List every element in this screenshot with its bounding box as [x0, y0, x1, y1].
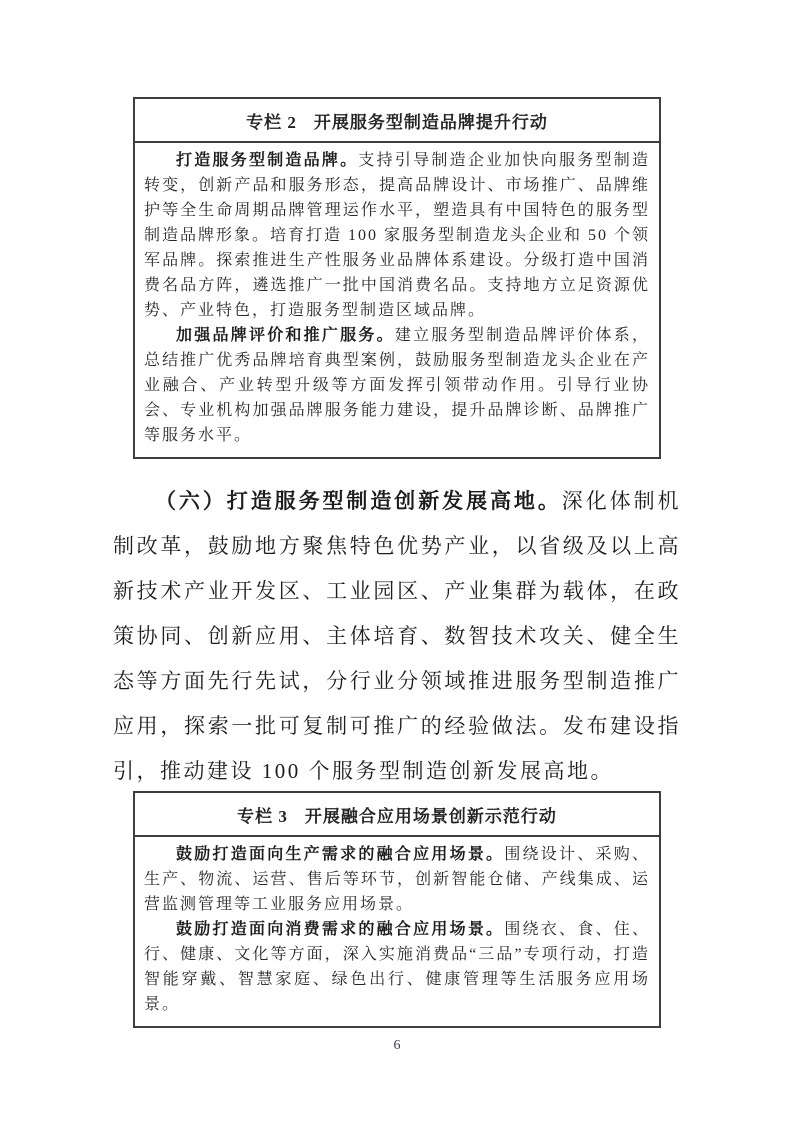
box-3-paragraph-1: 鼓励打造面向生产需求的融合应用场景。围绕设计、采购、生产、物流、运营、售后等环节… — [144, 842, 650, 917]
box-2-paragraph-2-lead: 加强品牌评价和推广服务。 — [176, 327, 395, 344]
box-2-paragraph-1-text: 支持引导制造企业加快向服务型制造转变，创新产品和服务形态，提高品牌设计、市场推广… — [144, 152, 650, 319]
box-3-paragraph-1-lead: 鼓励打造面向生产需求的融合应用场景。 — [176, 846, 504, 863]
section-6-paragraph: （六）打造服务型制造创新发展高地。深化体制机制改革，鼓励地方聚焦特色优势产业，以… — [113, 479, 681, 794]
column-box-2: 专栏 2开展服务型制造品牌提升行动 打造服务型制造品牌。支持引导制造企业加快向服… — [133, 97, 661, 459]
section-6-heading: （六）打造服务型制造创新发展高地。 — [155, 489, 562, 513]
section-6-text: 深化体制机制改革，鼓励地方聚焦特色优势产业，以省级及以上高新技术产业开发区、工业… — [113, 489, 681, 783]
box-2-paragraph-2-text: 建立服务型制造品牌评价体系，总结推广优秀品牌培育典型案例，鼓励服务型制造龙头企业… — [144, 327, 650, 444]
column-box-2-title: 开展服务型制造品牌提升行动 — [314, 113, 548, 132]
column-box-2-header: 专栏 2开展服务型制造品牌提升行动 — [135, 99, 659, 143]
column-box-2-label: 专栏 2 — [246, 113, 297, 132]
document-page: 专栏 2开展服务型制造品牌提升行动 打造服务型制造品牌。支持引导制造企业加快向服… — [0, 0, 794, 1123]
box-2-paragraph-1: 打造服务型制造品牌。支持引导制造企业加快向服务型制造转变，创新产品和服务形态，提… — [144, 148, 650, 323]
box-2-paragraph-2: 加强品牌评价和推广服务。建立服务型制造品牌评价体系，总结推广优秀品牌培育典型案例… — [144, 323, 650, 448]
column-box-2-body: 打造服务型制造品牌。支持引导制造企业加快向服务型制造转变，创新产品和服务形态，提… — [135, 143, 659, 457]
page-number: 6 — [0, 1038, 794, 1054]
column-box-3-body: 鼓励打造面向生产需求的融合应用场景。围绕设计、采购、生产、物流、运营、售后等环节… — [135, 837, 659, 1026]
box-2-paragraph-1-lead: 打造服务型制造品牌。 — [176, 152, 358, 169]
column-box-3-header: 专栏 3开展融合应用场景创新示范行动 — [135, 793, 659, 837]
box-3-paragraph-2: 鼓励打造面向消费需求的融合应用场景。围绕衣、食、住、行、健康、文化等方面，深入实… — [144, 917, 650, 1017]
box-3-paragraph-2-lead: 鼓励打造面向消费需求的融合应用场景。 — [176, 921, 504, 938]
column-box-3: 专栏 3开展融合应用场景创新示范行动 鼓励打造面向生产需求的融合应用场景。围绕设… — [133, 791, 661, 1028]
column-box-3-title: 开展融合应用场景创新示范行动 — [305, 807, 557, 826]
column-box-3-label: 专栏 3 — [237, 807, 288, 826]
